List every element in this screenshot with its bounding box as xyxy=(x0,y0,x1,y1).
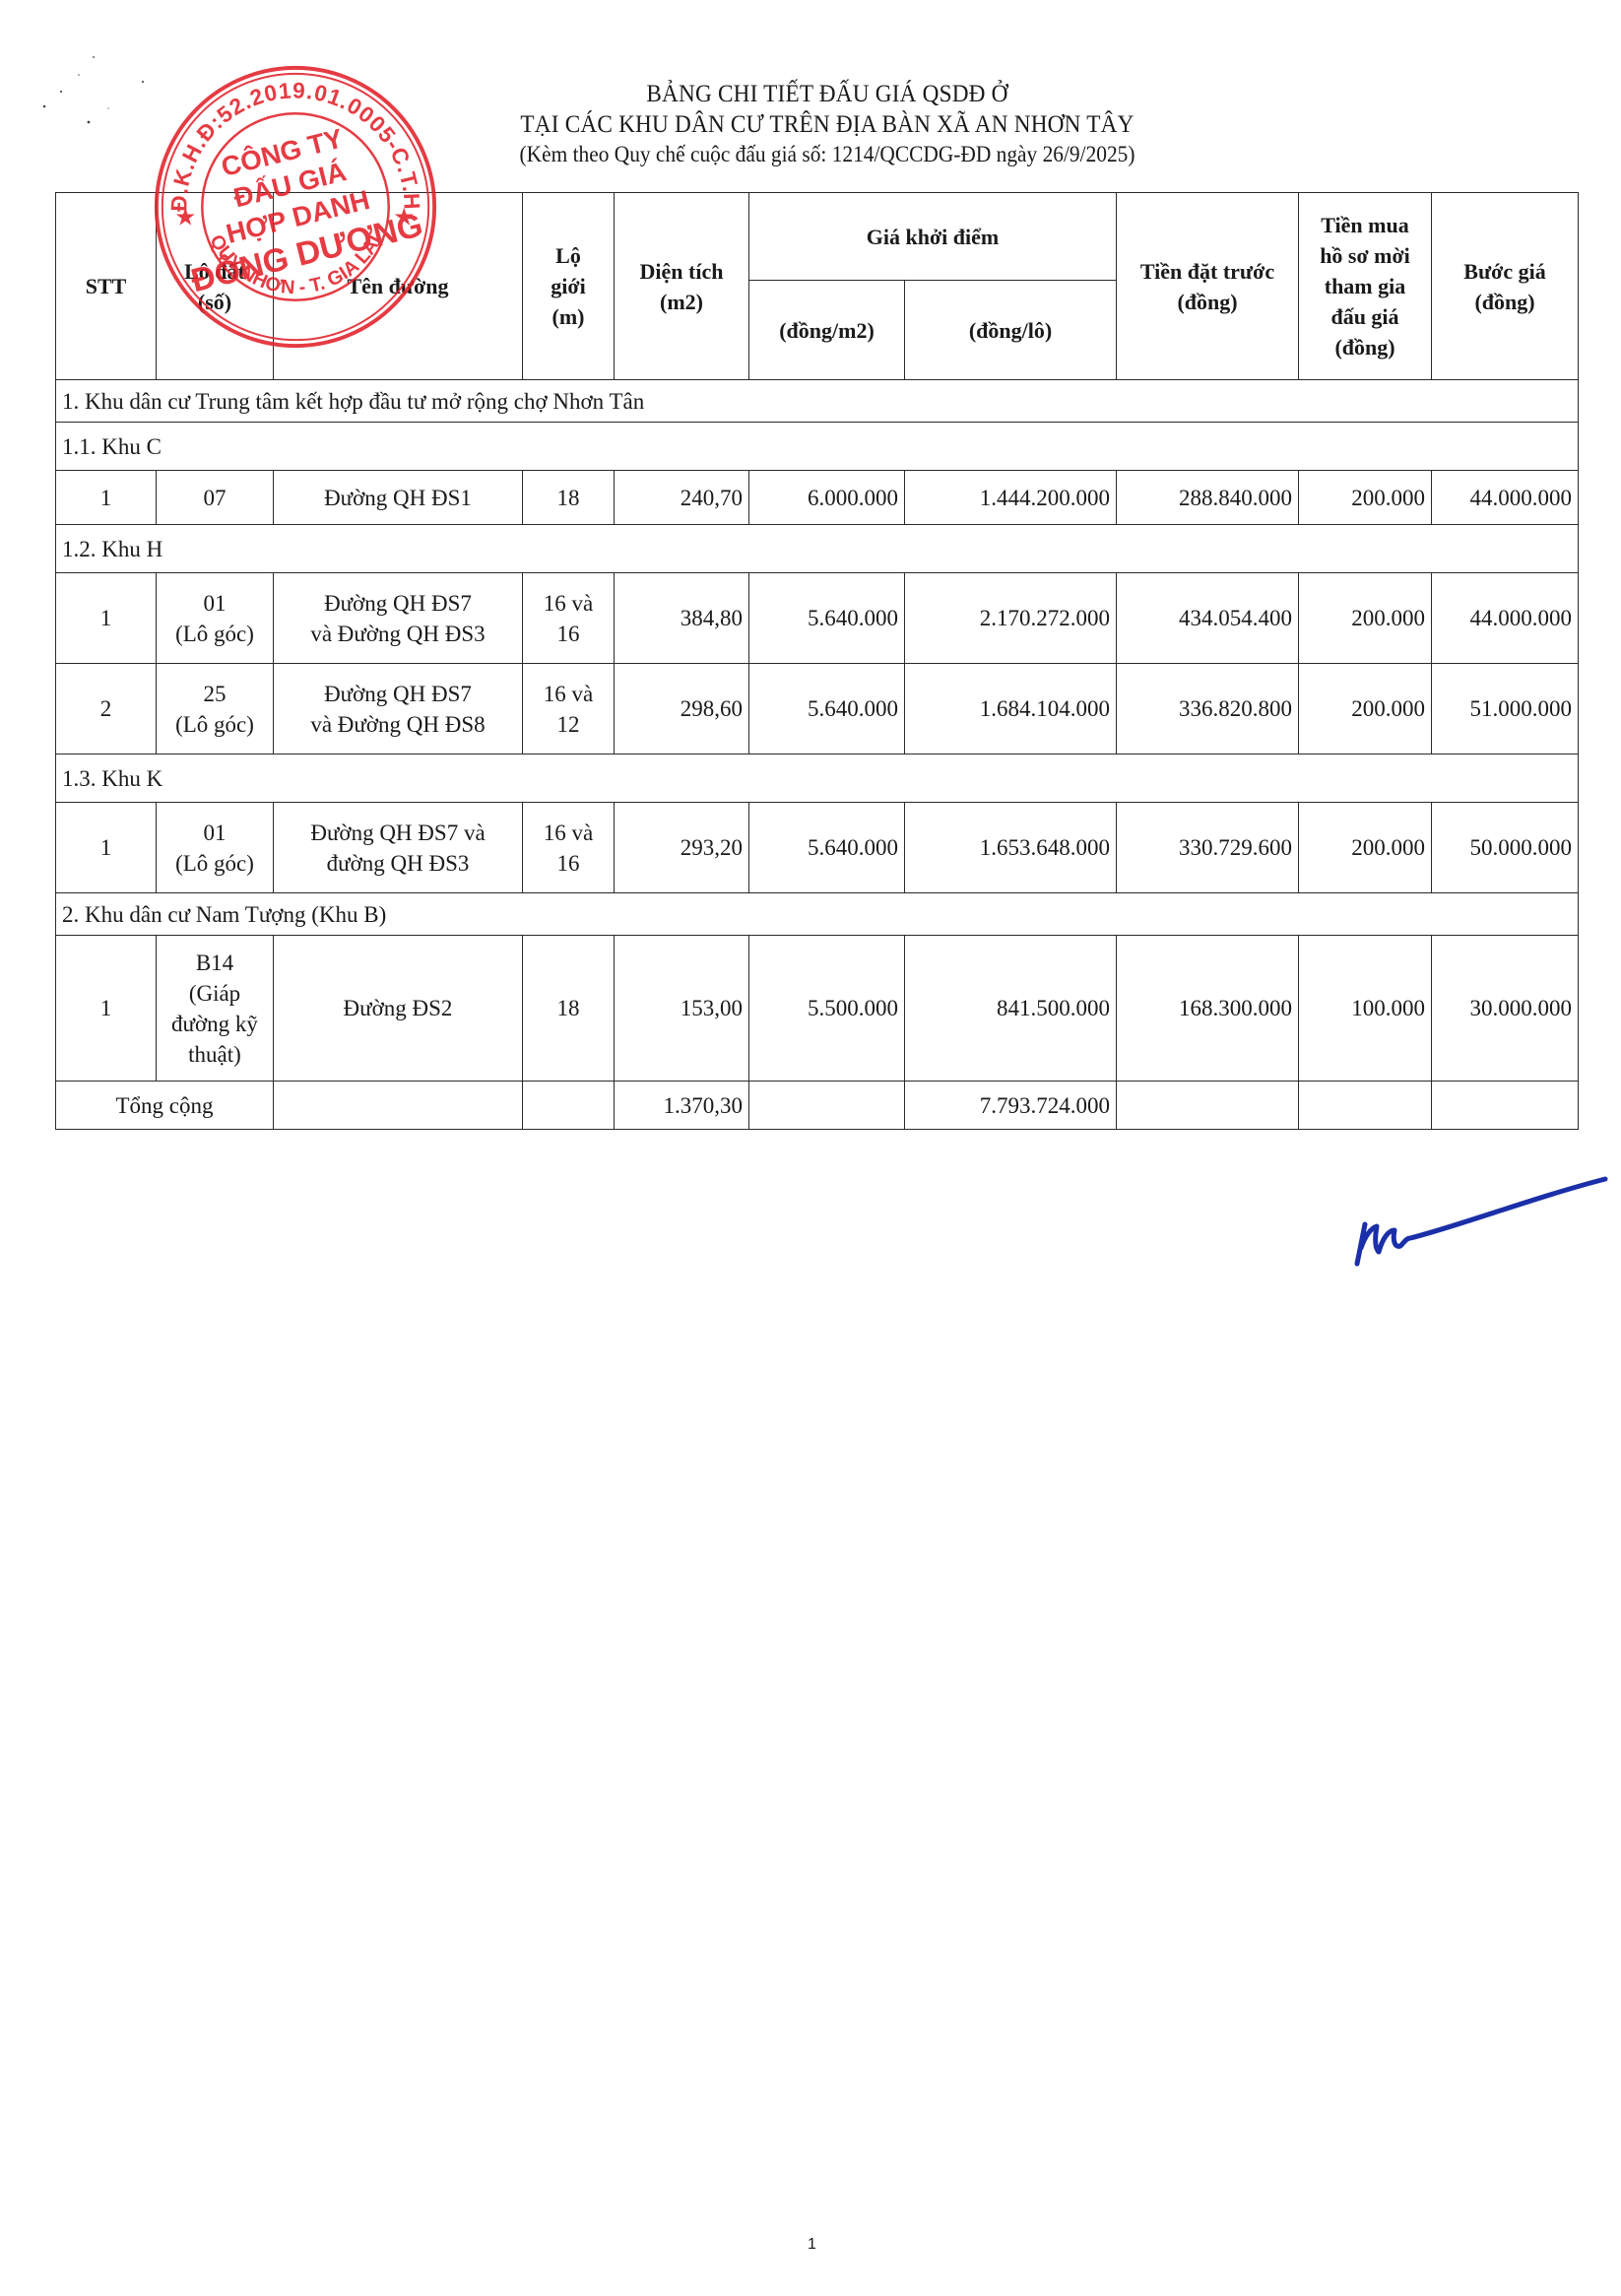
cell-lot-line: 25 xyxy=(162,679,267,709)
col-header-fee-line3: tham gia xyxy=(1305,271,1425,301)
subsection-header-row: 1.3. Khu K xyxy=(56,754,1579,803)
cell-stt: 1 xyxy=(56,936,157,1082)
cell-road-width-line: 16 xyxy=(529,848,608,879)
cell-lot-line: (Lô góc) xyxy=(162,619,267,649)
cell-lot-line: (Giáp xyxy=(162,978,267,1009)
total-price-per-lot: 7.793.724.000 xyxy=(905,1082,1117,1130)
col-header-bid-step: Bước giá (đồng) xyxy=(1432,193,1579,380)
col-header-fee-line2: hồ sơ mời xyxy=(1305,240,1425,271)
cell-road-width: 16 và12 xyxy=(523,664,615,754)
cell-area: 298,60 xyxy=(615,664,749,754)
total-empty xyxy=(1432,1082,1579,1130)
cell-road-width: 18 xyxy=(523,471,615,525)
cell-lot-line: (Lô góc) xyxy=(162,848,267,879)
col-header-deposit-line2: (đồng) xyxy=(1123,287,1292,317)
cell-bid-step: 44.000.000 xyxy=(1432,573,1579,664)
cell-road-width-line: 16 và xyxy=(529,588,608,619)
col-header-price-per-m2: (đồng/m2) xyxy=(749,281,905,380)
cell-price-per-m2: 5.640.000 xyxy=(749,573,905,664)
handwritten-signature xyxy=(1339,1157,1621,1295)
cell-road-line: Đường QH ĐS7 xyxy=(280,588,516,619)
cell-road-width-line: 18 xyxy=(529,993,608,1023)
cell-deposit: 434.054.400 xyxy=(1117,573,1299,664)
col-header-stt: STT xyxy=(56,193,157,380)
cell-bid-step: 51.000.000 xyxy=(1432,664,1579,754)
cell-lot-line: thuật) xyxy=(162,1039,267,1070)
total-empty xyxy=(523,1082,615,1130)
cell-lot-line: (Lô góc) xyxy=(162,709,267,740)
cell-area: 384,80 xyxy=(615,573,749,664)
col-header-dossier-fee: Tiền mua hồ sơ mời tham gia đấu giá (đồn… xyxy=(1299,193,1432,380)
cell-road: Đường QH ĐS7và Đường QH ĐS8 xyxy=(274,664,523,754)
auction-detail-table: STT Lô đất (số) Tên đường Lộ giới (m) Di… xyxy=(55,192,1579,1130)
cell-road: Đường QH ĐS1 xyxy=(274,471,523,525)
col-header-width-line1: Lộ xyxy=(529,240,608,271)
col-header-fee-line5: (đồng) xyxy=(1305,332,1425,362)
cell-stt: 1 xyxy=(56,573,157,664)
table-row: 1B14(Giápđường kỹthuật)Đường ĐS218153,00… xyxy=(56,936,1579,1082)
cell-deposit: 330.729.600 xyxy=(1117,803,1299,893)
col-header-width-line3: (m) xyxy=(529,301,608,332)
cell-dossier-fee: 200.000 xyxy=(1299,573,1432,664)
cell-price-per-lot: 1.653.648.000 xyxy=(905,803,1117,893)
document-subtitle: (Kèm theo Quy chế cuộc đấu giá số: 1214/… xyxy=(333,140,1322,169)
cell-road-width: 16 và16 xyxy=(523,573,615,664)
total-label: Tổng cộng xyxy=(56,1082,274,1130)
col-header-road: Tên đường xyxy=(274,193,523,380)
cell-road-width-line: 16 xyxy=(529,619,608,649)
cell-lot-line: 07 xyxy=(162,483,267,513)
cell-lot-line: 01 xyxy=(162,818,267,848)
cell-bid-step: 44.000.000 xyxy=(1432,471,1579,525)
header-row: STT Lô đất (số) Tên đường Lộ giới (m) Di… xyxy=(56,193,1579,281)
cell-deposit: 288.840.000 xyxy=(1117,471,1299,525)
cell-lot-line: B14 xyxy=(162,948,267,978)
document-title: BẢNG CHI TIẾT ĐẤU GIÁ QSDĐ Ở xyxy=(333,79,1322,109)
cell-deposit: 168.300.000 xyxy=(1117,936,1299,1082)
cell-stt: 1 xyxy=(56,803,157,893)
cell-dossier-fee: 100.000 xyxy=(1299,936,1432,1082)
section-title: 2. Khu dân cư Nam Tượng (Khu B) xyxy=(56,893,1579,936)
cell-stt: 2 xyxy=(56,664,157,754)
cell-road-line: Đường QH ĐS7 xyxy=(280,679,516,709)
cell-road-width-line: 18 xyxy=(529,483,608,513)
cell-area: 293,20 xyxy=(615,803,749,893)
cell-price-per-lot: 841.500.000 xyxy=(905,936,1117,1082)
cell-dossier-fee: 200.000 xyxy=(1299,471,1432,525)
section-title: 1. Khu dân cư Trung tâm kết hợp đầu tư m… xyxy=(56,380,1579,423)
cell-road: Đường QH ĐS7và Đường QH ĐS3 xyxy=(274,573,523,664)
cell-lot: 07 xyxy=(157,471,274,525)
col-header-area: Diện tích (m2) xyxy=(615,193,749,380)
col-header-step-line2: (đồng) xyxy=(1438,287,1572,317)
col-header-area-line2: (m2) xyxy=(620,287,743,317)
section-header-row: 2. Khu dân cư Nam Tượng (Khu B) xyxy=(56,893,1579,936)
cell-bid-step: 30.000.000 xyxy=(1432,936,1579,1082)
total-empty xyxy=(1117,1082,1299,1130)
cell-road-line: Đường QH ĐS1 xyxy=(280,483,516,513)
table-body: 1. Khu dân cư Trung tâm kết hợp đầu tư m… xyxy=(56,380,1579,1130)
cell-area: 240,70 xyxy=(615,471,749,525)
cell-lot-line: 01 xyxy=(162,588,267,619)
subsection-header-row: 1.1. Khu C xyxy=(56,423,1579,471)
cell-road-line: Đường ĐS2 xyxy=(280,993,516,1023)
subsection-title: 1.3. Khu K xyxy=(56,754,1579,803)
col-header-deposit-line1: Tiền đặt trước xyxy=(1123,256,1292,287)
total-empty xyxy=(1299,1082,1432,1130)
cell-deposit: 336.820.800 xyxy=(1117,664,1299,754)
cell-road-line: và Đường QH ĐS8 xyxy=(280,709,516,740)
scan-specks xyxy=(0,39,158,158)
total-empty xyxy=(749,1082,905,1130)
cell-area: 153,00 xyxy=(615,936,749,1082)
cell-bid-step: 50.000.000 xyxy=(1432,803,1579,893)
cell-price-per-m2: 5.500.000 xyxy=(749,936,905,1082)
col-header-start-price: Giá khởi điểm xyxy=(749,193,1117,281)
col-header-width-line2: giới xyxy=(529,271,608,301)
cell-dossier-fee: 200.000 xyxy=(1299,803,1432,893)
cell-road-width: 16 và16 xyxy=(523,803,615,893)
cell-stt: 1 xyxy=(56,471,157,525)
cell-price-per-m2: 6.000.000 xyxy=(749,471,905,525)
col-header-area-line1: Diện tích xyxy=(620,256,743,287)
cell-road: Đường QH ĐS7 vàđường QH ĐS3 xyxy=(274,803,523,893)
subsection-header-row: 1.2. Khu H xyxy=(56,525,1579,573)
cell-lot: 01(Lô góc) xyxy=(157,803,274,893)
cell-lot: B14(Giápđường kỹthuật) xyxy=(157,936,274,1082)
document-title-block: BẢNG CHI TIẾT ĐẤU GIÁ QSDĐ Ở TẠI CÁC KHU… xyxy=(295,79,1359,169)
cell-road-width-line: 16 và xyxy=(529,679,608,709)
col-header-lot-line1: Lô đất xyxy=(162,256,267,287)
table-row: 225(Lô góc)Đường QH ĐS7và Đường QH ĐS816… xyxy=(56,664,1579,754)
cell-lot-line: đường kỹ xyxy=(162,1009,267,1039)
subsection-title: 1.2. Khu H xyxy=(56,525,1579,573)
document-title-line2: TẠI CÁC KHU DÂN CƯ TRÊN ĐỊA BÀN XÃ AN NH… xyxy=(333,109,1322,140)
subsection-title: 1.1. Khu C xyxy=(56,423,1579,471)
cell-price-per-lot: 1.684.104.000 xyxy=(905,664,1117,754)
section-header-row: 1. Khu dân cư Trung tâm kết hợp đầu tư m… xyxy=(56,380,1579,423)
cell-road-width-line: 12 xyxy=(529,709,608,740)
cell-road-width: 18 xyxy=(523,936,615,1082)
cell-road-line: và Đường QH ĐS3 xyxy=(280,619,516,649)
col-header-road-width: Lộ giới (m) xyxy=(523,193,615,380)
table-row: 107Đường QH ĐS118240,706.000.0001.444.20… xyxy=(56,471,1579,525)
cell-road: Đường ĐS2 xyxy=(274,936,523,1082)
col-header-lot: Lô đất (số) xyxy=(157,193,274,380)
page-number: 1 xyxy=(808,2236,816,2254)
total-area: 1.370,30 xyxy=(615,1082,749,1130)
cell-price-per-m2: 5.640.000 xyxy=(749,803,905,893)
table-row: 101(Lô góc)Đường QH ĐS7 vàđường QH ĐS316… xyxy=(56,803,1579,893)
cell-dossier-fee: 200.000 xyxy=(1299,664,1432,754)
col-header-fee-line4: đấu giá xyxy=(1305,301,1425,332)
cell-road-width-line: 16 và xyxy=(529,818,608,848)
cell-price-per-lot: 1.444.200.000 xyxy=(905,471,1117,525)
cell-road-line: Đường QH ĐS7 và xyxy=(280,818,516,848)
table-row: 101(Lô góc)Đường QH ĐS7và Đường QH ĐS316… xyxy=(56,573,1579,664)
cell-price-per-lot: 2.170.272.000 xyxy=(905,573,1117,664)
col-header-price-per-lot: (đồng/lô) xyxy=(905,281,1117,380)
cell-price-per-m2: 5.640.000 xyxy=(749,664,905,754)
col-header-step-line1: Bước giá xyxy=(1438,256,1572,287)
total-empty xyxy=(274,1082,523,1130)
total-row: Tổng cộng1.370,307.793.724.000 xyxy=(56,1082,1579,1130)
col-header-lot-line2: (số) xyxy=(162,287,267,317)
cell-lot: 25(Lô góc) xyxy=(157,664,274,754)
cell-lot: 01(Lô góc) xyxy=(157,573,274,664)
col-header-fee-line1: Tiền mua xyxy=(1305,210,1425,240)
col-header-deposit: Tiền đặt trước (đồng) xyxy=(1117,193,1299,380)
cell-road-line: đường QH ĐS3 xyxy=(280,848,516,879)
